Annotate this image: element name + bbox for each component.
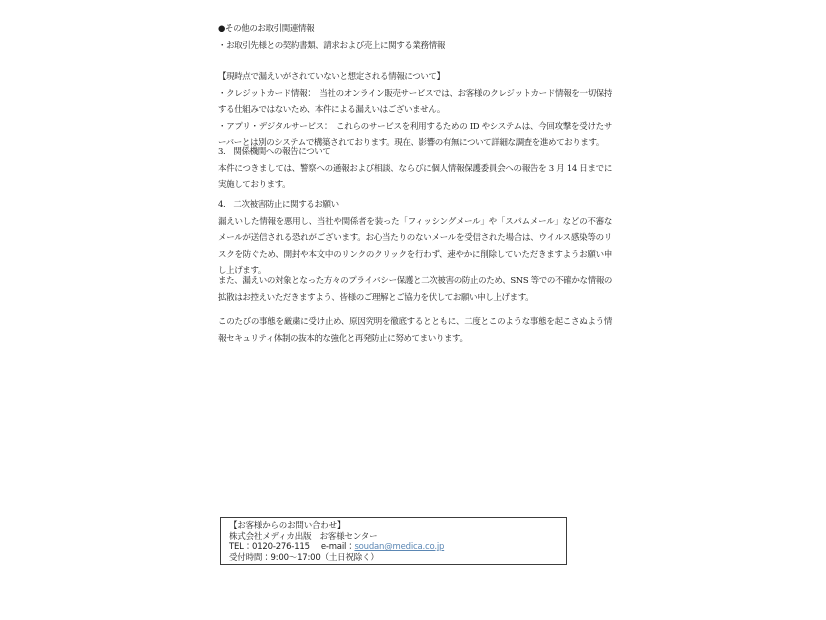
contact-email-link[interactable]: soudan@medica.co.jp bbox=[354, 542, 444, 552]
contact-email-label: e-mail： bbox=[321, 542, 355, 552]
contact-company: 株式会社メディカ出版 お客様センター bbox=[229, 532, 558, 543]
contact-tel-label: TEL： bbox=[229, 542, 252, 552]
section4-heading: 4. 二次被害防止に関するお願い bbox=[218, 197, 612, 214]
other-info-heading: ●その他のお取引関連情報 bbox=[218, 21, 612, 38]
other-info-item: ・お取引先様との契約書類、請求および売上に関する業務情報 bbox=[218, 38, 612, 55]
sns-request-paragraph: また、漏えいの対象となった方々のプライバシー保護と二次被害の防止のため、SNS … bbox=[218, 273, 612, 306]
section4-body: 漏えいした情報を悪用し、当社や関係者を装った「フィッシングメール」や「スパムメー… bbox=[218, 214, 612, 280]
contact-hours: 受付時間：9:00～17:00（土日祝除く） bbox=[229, 553, 558, 564]
document-page: ●その他のお取引関連情報 ・お取引先様との契約書類、請求および売上に関する業務情… bbox=[0, 0, 826, 620]
section3-body: 本件につきましては、警察への通報および相談、ならびに個人情報保護委員会への報告を… bbox=[218, 161, 612, 194]
sns-request-block: また、漏えいの対象となった方々のプライバシー保護と二次被害の防止のため、SNS … bbox=[218, 273, 612, 306]
contact-tel-email-line: TEL：0120-276-115e-mail：soudan@medica.co.… bbox=[229, 542, 558, 553]
not-leaked-heading: 【現時点で漏えいがされていないと想定される情報について】 bbox=[218, 69, 612, 86]
section3-heading: 3. 関係機関への報告について bbox=[218, 144, 612, 161]
section3-block: 3. 関係機関への報告について 本件につきましては、警察への通報および相談、なら… bbox=[218, 144, 612, 194]
section4-block: 4. 二次被害防止に関するお願い 漏えいした情報を悪用し、当社や関係者を装った「… bbox=[218, 197, 612, 280]
contact-box: 【お客様からのお問い合わせ】 株式会社メディカ出版 お客様センター TEL：01… bbox=[220, 517, 567, 565]
credit-card-note: ・クレジットカード情報： 当社のオンライン販売サービスでは、お客様のクレジットカ… bbox=[218, 86, 612, 119]
closing-block: このたびの事態を厳粛に受け止め、原因究明を徹底するとともに、二度とこのような事態… bbox=[218, 314, 612, 347]
not-leaked-block: 【現時点で漏えいがされていないと想定される情報について】 ・クレジットカード情報… bbox=[218, 69, 612, 152]
closing-paragraph: このたびの事態を厳粛に受け止め、原因究明を徹底するとともに、二度とこのような事態… bbox=[218, 314, 612, 347]
contact-title: 【お客様からのお問い合わせ】 bbox=[229, 521, 558, 532]
other-info-block: ●その他のお取引関連情報 ・お取引先様との契約書類、請求および売上に関する業務情… bbox=[218, 21, 612, 54]
contact-tel-number: 0120-276-115 bbox=[252, 542, 310, 552]
